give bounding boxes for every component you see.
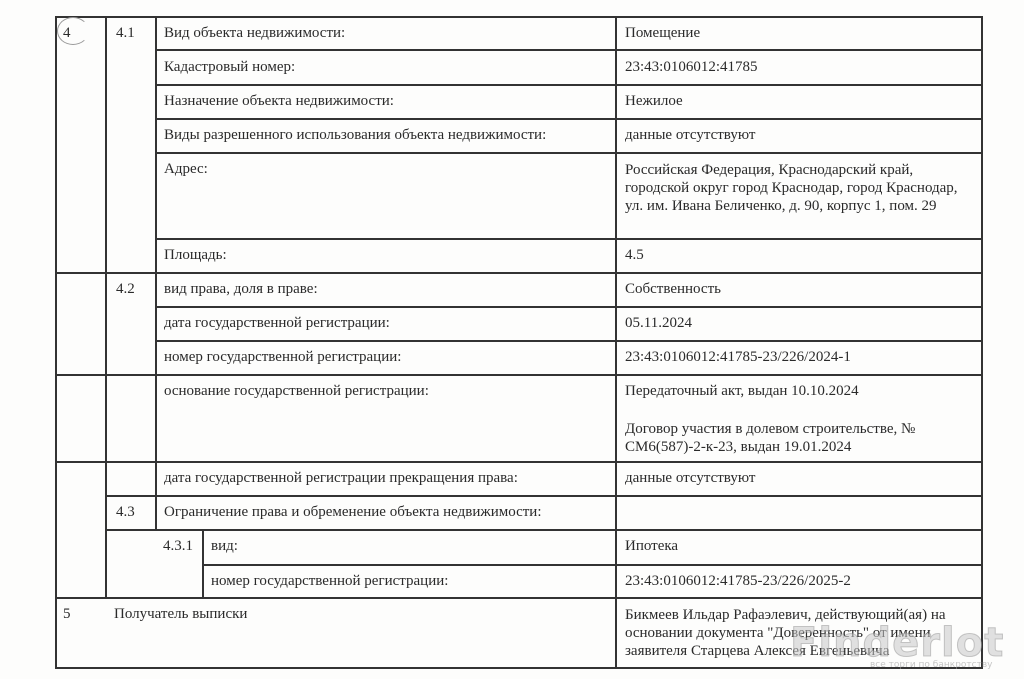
label-object-type: Вид объекта недвижимости:	[164, 24, 345, 42]
label-encumbrance: Ограничение права и обременение объекта …	[164, 503, 542, 521]
value-registration-date: 05.11.2024	[625, 314, 692, 332]
value-permitted-use: данные отсутствуют	[625, 126, 755, 144]
label-registration-date: дата государственной регистрации:	[164, 314, 390, 332]
label-registration-number: номер государственной регистрации:	[164, 348, 401, 366]
label-right-type: вид права, доля в праве:	[164, 280, 318, 298]
value-purpose: Нежилое	[625, 92, 683, 110]
label-area: Площадь:	[164, 246, 227, 264]
section-number-4-2: 4.2	[116, 280, 135, 298]
section-number-4: 4	[63, 24, 71, 42]
section-number-5: 5	[63, 605, 71, 623]
extract-table: 4 4.1 4.2 4.3 4.3.1 5 Вид объекта недвиж…	[0, 0, 1024, 679]
value-cadastral-number: 23:43:0106012:41785	[625, 58, 758, 76]
value-address: Российская Федерация, Краснодарский край…	[625, 161, 965, 215]
value-registration-number: 23:43:0106012:41785-23/226/2024-1	[625, 348, 851, 366]
value-registration-basis-2: Договор участия в долевом строительстве,…	[625, 420, 945, 456]
value-registration-basis-1: Передаточный акт, выдан 10.10.2024	[625, 382, 859, 400]
value-right-type: Собственность	[625, 280, 721, 298]
section-number-4-3-1: 4.3.1	[163, 537, 193, 555]
label-encumbrance-kind: вид:	[211, 537, 238, 555]
label-encumbrance-reg-number: номер государственной регистрации:	[211, 572, 448, 590]
value-encumbrance-kind: Ипотека	[625, 537, 678, 555]
label-recipient: Получатель выписки	[114, 605, 247, 623]
handwritten-circle-mark	[57, 17, 89, 45]
value-area: 4.5	[625, 246, 644, 264]
watermark-tagline: все торги по банкротству	[870, 660, 992, 670]
label-cadastral-number: Кадастровый номер:	[164, 58, 295, 76]
label-registration-basis: основание государственной регистрации:	[164, 382, 429, 400]
value-encumbrance-reg-number: 23:43:0106012:41785-23/226/2025-2	[625, 572, 851, 590]
value-object-type: Помещение	[625, 24, 700, 42]
label-termination-date: дата государственной регистрации прекращ…	[164, 469, 518, 487]
label-permitted-use: Виды разрешенного использования объекта …	[164, 126, 546, 144]
label-address: Адрес:	[164, 160, 208, 178]
section-number-4-1: 4.1	[116, 24, 135, 42]
label-purpose: Назначение объекта недвижимости:	[164, 92, 394, 110]
section-number-4-3: 4.3	[116, 503, 135, 521]
value-termination-date: данные отсутствуют	[625, 469, 755, 487]
